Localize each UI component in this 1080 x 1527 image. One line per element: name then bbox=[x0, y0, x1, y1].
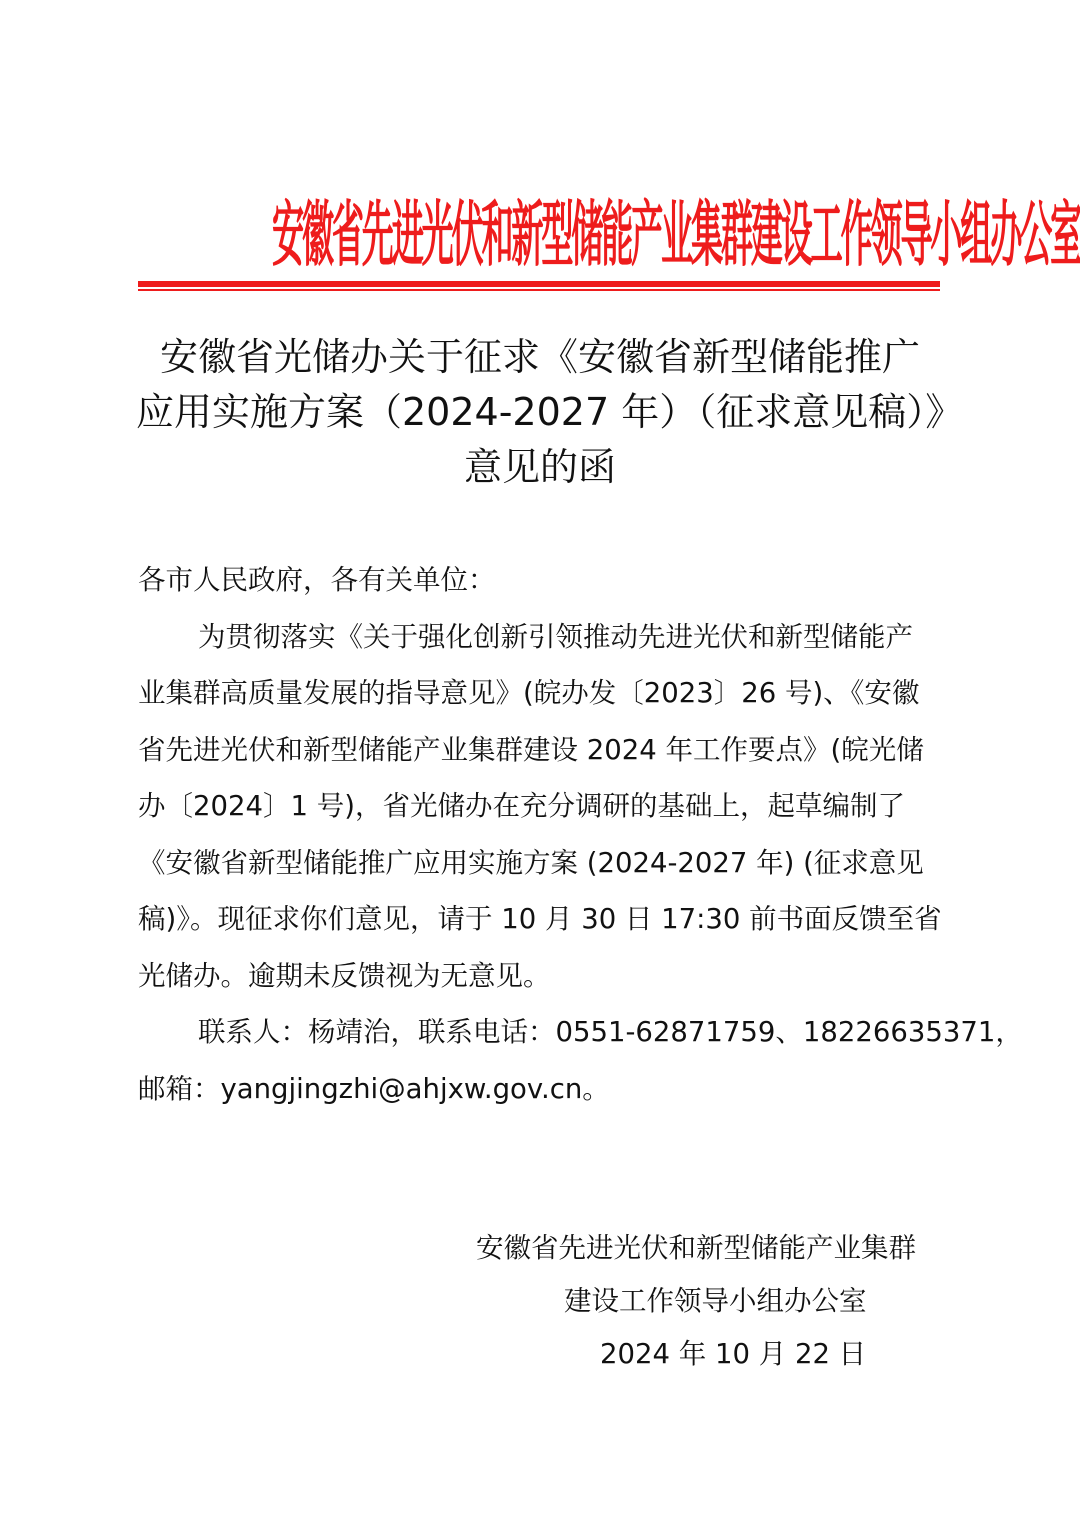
signature-org-line-1: 安徽省先进光伏和新型储能产业集群 bbox=[470, 1222, 950, 1275]
document-title: 安徽省光储办关于征求《安徽省新型储能推广 应用实施方案（2024-2027 年）… bbox=[136, 330, 944, 495]
title-line-3: 意见的函 bbox=[136, 440, 944, 495]
title-line-1: 安徽省光储办关于征求《安徽省新型储能推广 bbox=[136, 330, 944, 385]
document-page: 安徽省先进光伏和新型储能产业集群建设工作领导小组办公室 安徽省光储办关于征求《安… bbox=[0, 0, 1080, 1527]
signature-date: 2024 年 10 月 22 日 bbox=[470, 1328, 950, 1381]
paragraph-line: 为贯彻落实《关于强化创新引领推动先进光伏和新型储能产 bbox=[138, 609, 944, 666]
contact-line: 联系人：杨靖治，联系电话：0551-62871759、18226635371， bbox=[138, 1004, 944, 1061]
letterhead-rule-thin bbox=[138, 289, 940, 291]
signature-block: 安徽省先进光伏和新型储能产业集群 建设工作领导小组办公室 2024 年 10 月… bbox=[470, 1222, 950, 1381]
letterhead-rule-thick bbox=[138, 281, 940, 287]
signature-org-line-2: 建设工作领导小组办公室 bbox=[470, 1275, 950, 1328]
paragraph-line: 省先进光伏和新型储能产业集群建设 2024 年工作要点》(皖光储 bbox=[138, 722, 944, 779]
salutation: 各市人民政府，各有关单位： bbox=[138, 552, 944, 609]
email-line: 邮箱：yangjingzhi@ahjxw.gov.cn。 bbox=[138, 1061, 944, 1118]
paragraph-line: 业集群高质量发展的指导意见》(皖办发〔2023〕26 号)、《安徽 bbox=[138, 665, 944, 722]
paragraph-line: 办〔2024〕1 号)，省光储办在充分调研的基础上，起草编制了 bbox=[138, 778, 944, 835]
paragraph-line: 光储办。逾期未反馈视为无意见。 bbox=[138, 948, 944, 1005]
document-body: 各市人民政府，各有关单位： 为贯彻落实《关于强化创新引领推动先进光伏和新型储能产… bbox=[138, 552, 944, 1117]
title-line-2: 应用实施方案（2024-2027 年）（征求意见稿）》 bbox=[136, 385, 944, 440]
paragraph-line: 稿)》。现征求你们意见，请于 10 月 30 日 17:30 前书面反馈至省 bbox=[138, 891, 944, 948]
paragraph-main: 为贯彻落实《关于强化创新引领推动先进光伏和新型储能产 业集群高质量发展的指导意见… bbox=[138, 609, 944, 1005]
paragraph-contact: 联系人：杨靖治，联系电话：0551-62871759、18226635371， … bbox=[138, 1004, 944, 1117]
paragraph-line: 《安徽省新型储能推广应用实施方案 (2024-2027 年) (征求意见 bbox=[138, 835, 944, 892]
